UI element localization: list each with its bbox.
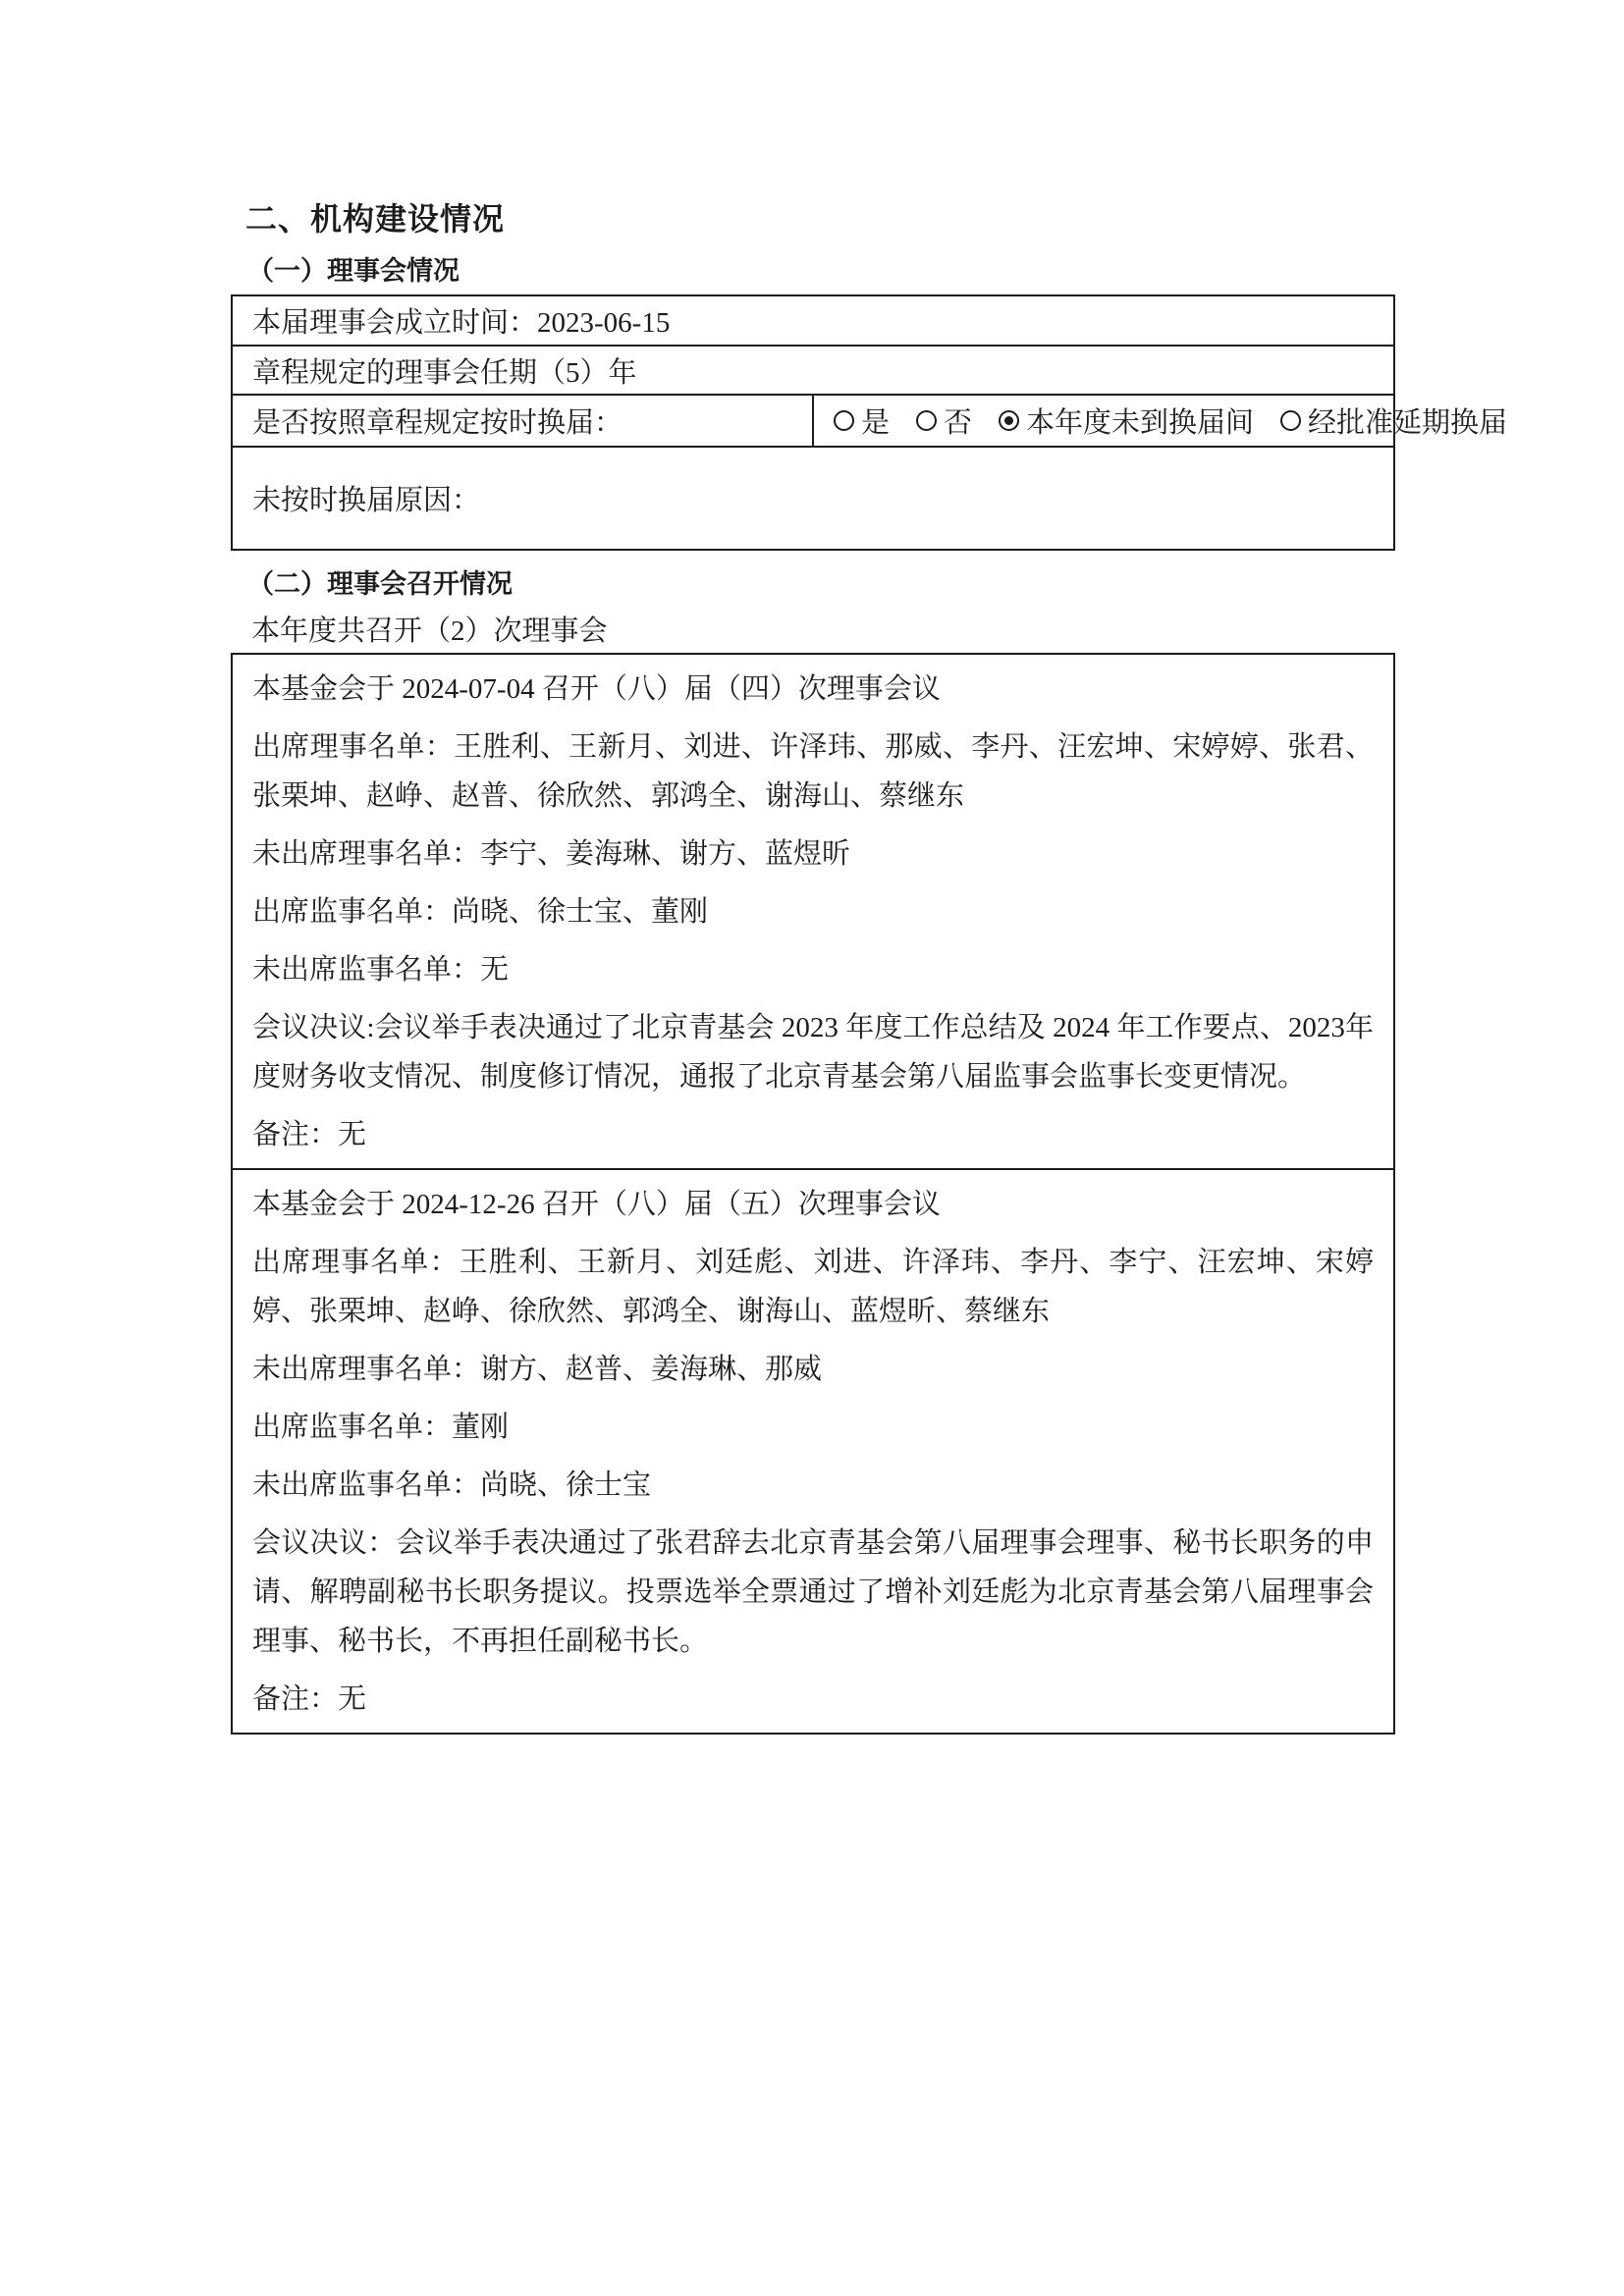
table-row: 本基金会于 2024-07-04 召开（八）届（四）次理事会议 出席理事名单：王… (232, 654, 1394, 1169)
renewal-option-label: 是 (861, 400, 890, 441)
renewal-option-3[interactable]: 经批准延期换届 (1280, 400, 1507, 441)
table-row: 章程规定的理事会任期（5）年 (232, 346, 1394, 395)
table-row: 是否按照章程规定按时换届： 是 否 本年度未到换届间 经批准延期换届 (232, 395, 1394, 447)
meeting-2-content: 本基金会于 2024-12-26 召开（八）届（五）次理事会议 出席理事名单：王… (233, 1170, 1393, 1724)
renewal-option-2[interactable]: 本年度未到换届间 (999, 400, 1254, 441)
meeting-1-content: 本基金会于 2024-07-04 召开（八）届（四）次理事会议 出席理事名单：王… (233, 655, 1393, 1159)
board-info-table: 本届理事会成立时间：2023-06-15 章程规定的理事会任期（5）年 是否按照… (231, 294, 1395, 551)
meetings-table: 本基金会于 2024-07-04 召开（八）届（四）次理事会议 出席理事名单：王… (231, 653, 1395, 1735)
document-page: { "ink": "#1c1c1c", "section_title": "二、… (0, 0, 1624, 2296)
absent-supervisors: 未出席监事名单：无 (252, 945, 1374, 994)
radio-icon[interactable] (1280, 410, 1301, 431)
absent-directors: 未出席理事名单：谢方、赵普、姜海琳、那威 (252, 1345, 1374, 1394)
meeting-remark: 备注：无 (252, 1110, 1374, 1159)
renewal-options-cell: 是 否 本年度未到换届间 经批准延期换届 (813, 395, 1394, 447)
renewal-option-1[interactable]: 否 (916, 400, 972, 441)
absent-directors: 未出席理事名单：李宁、姜海琳、谢方、蓝煜昕 (252, 829, 1374, 879)
section-title: 二、机构建设情况 (245, 201, 505, 237)
renewal-option-label: 否 (944, 400, 972, 441)
attend-directors: 出席理事名单：王胜利、王新月、刘进、许泽玮、那威、李丹、汪宏坤、宋婷婷、张君、张… (252, 722, 1374, 821)
overdue-reason-cell: 未按时换届原因： (232, 447, 1394, 550)
meeting-remark: 备注：无 (252, 1675, 1374, 1724)
radio-icon[interactable] (999, 410, 1019, 431)
meeting-title: 本基金会于 2024-07-04 召开（八）届（四）次理事会议 (252, 665, 1374, 714)
meeting-title: 本基金会于 2024-12-26 召开（八）届（五）次理事会议 (252, 1180, 1374, 1229)
table-row: 未按时换届原因： (232, 447, 1394, 550)
absent-supervisors: 未出席监事名单：尚晓、徐士宝 (252, 1461, 1374, 1510)
renewal-options-group: 是 否 本年度未到换届间 经批准延期换届 (834, 400, 1393, 441)
meetings-intro: 本年度共召开（2）次理事会 (251, 614, 608, 648)
meeting-resolution: 会议决议:会议举手表决通过了北京青基会 2023 年度工作总结及 2024 年工… (252, 1003, 1374, 1101)
meetings-heading: （二）理事会召开情况 (247, 568, 513, 600)
table-row: 本基金会于 2024-12-26 召开（八）届（五）次理事会议 出席理事名单：王… (232, 1169, 1394, 1734)
meeting-1-cell: 本基金会于 2024-07-04 召开（八）届（四）次理事会议 出席理事名单：王… (232, 654, 1394, 1169)
established-cell: 本届理事会成立时间：2023-06-15 (232, 295, 1394, 346)
attend-directors: 出席理事名单：王胜利、王新月、刘廷彪、刘进、许泽玮、李丹、李宁、汪宏坤、宋婷婷、… (252, 1238, 1374, 1336)
renewal-question-cell: 是否按照章程规定按时换届： (232, 395, 813, 447)
radio-icon[interactable] (916, 410, 937, 431)
renewal-option-label: 经批准延期换届 (1308, 400, 1507, 441)
meeting-2-cell: 本基金会于 2024-12-26 召开（八）届（五）次理事会议 出席理事名单：王… (232, 1169, 1394, 1734)
term-cell: 章程规定的理事会任期（5）年 (232, 346, 1394, 395)
attend-supervisors: 出席监事名单：董刚 (252, 1403, 1374, 1452)
radio-icon[interactable] (834, 410, 854, 431)
renewal-option-0[interactable]: 是 (834, 400, 890, 441)
board-info-heading: （一）理事会情况 (247, 255, 460, 287)
established-label: 本届理事会成立时间： (252, 307, 537, 339)
table-row: 本届理事会成立时间：2023-06-15 (232, 295, 1394, 346)
attend-supervisors: 出席监事名单：尚晓、徐士宝、董刚 (252, 887, 1374, 936)
established-value: 2023-06-15 (537, 307, 670, 339)
meeting-resolution: 会议决议：会议举手表决通过了张君辞去北京青基会第八届理事会理事、秘书长职务的申请… (252, 1519, 1374, 1666)
renewal-option-label: 本年度未到换届间 (1026, 400, 1254, 441)
